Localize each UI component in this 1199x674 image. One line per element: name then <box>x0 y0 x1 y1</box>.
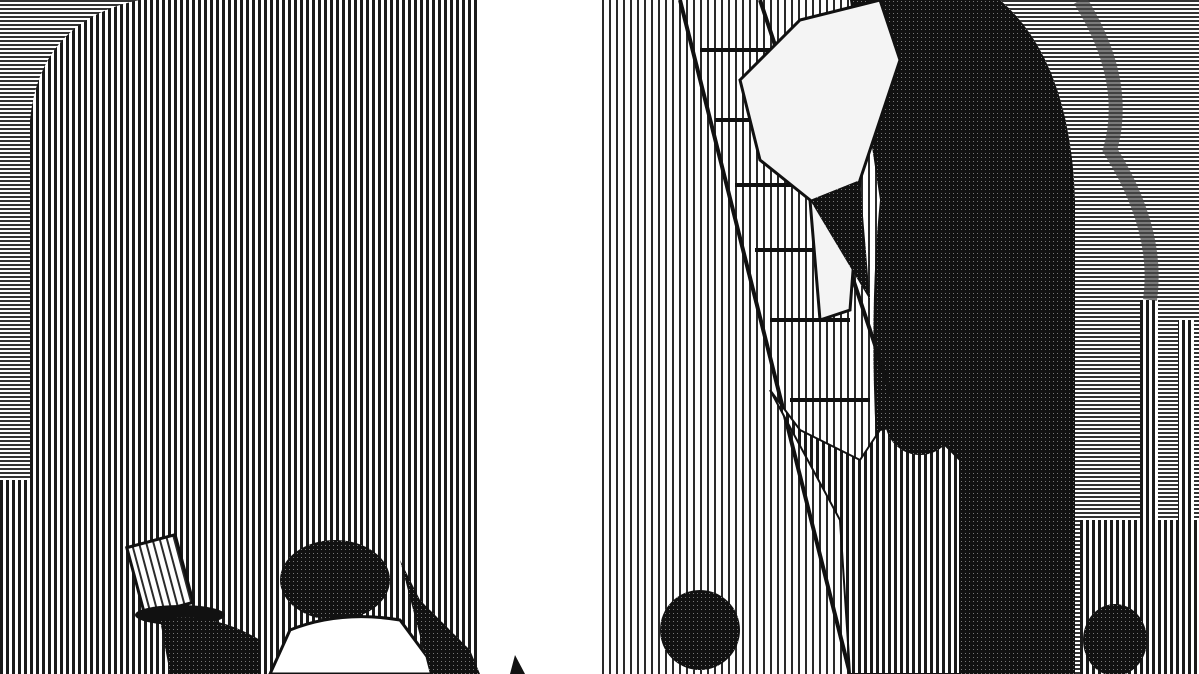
onlooker-bottom-right <box>1083 604 1147 674</box>
engraving-scene <box>0 0 1199 674</box>
central-white-gap <box>480 0 600 674</box>
left-hatched-column <box>30 0 480 674</box>
